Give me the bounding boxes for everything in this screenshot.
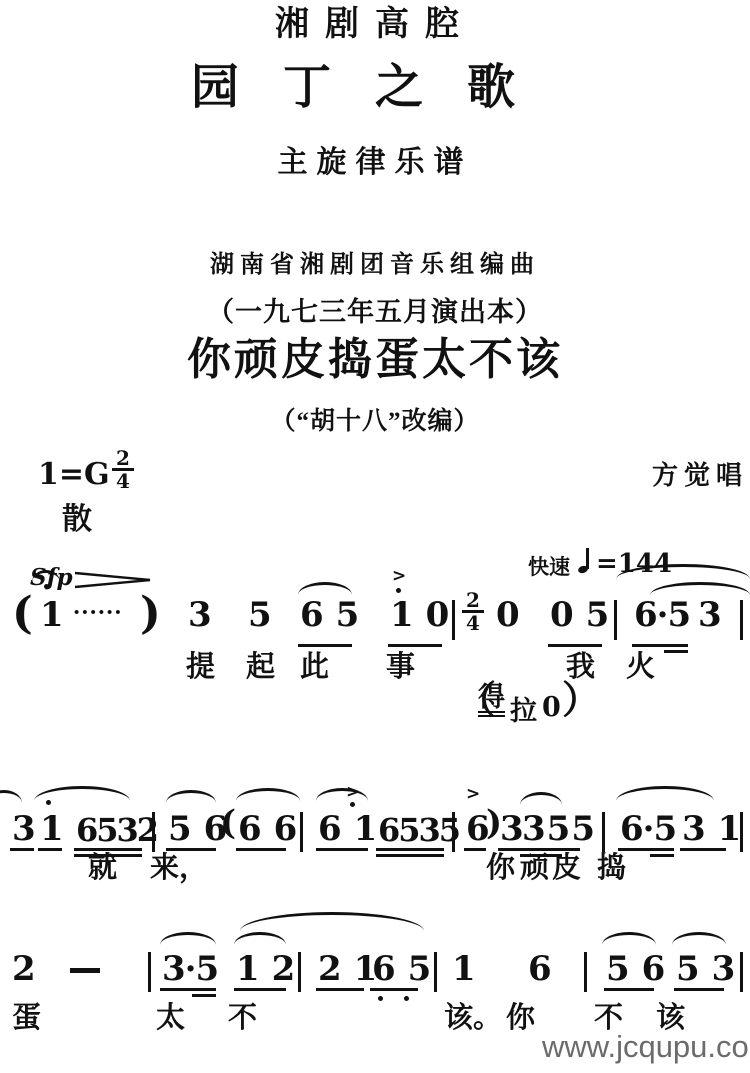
lyric: 事 [386, 653, 415, 682]
lyric: 太 [156, 1004, 185, 1033]
underline [674, 988, 724, 991]
note-head [577, 565, 589, 575]
open-paren: ( [220, 806, 236, 840]
low-octave-dot [378, 996, 383, 1001]
note: 2 [12, 952, 36, 986]
inline-meter: 2 4 [462, 590, 484, 633]
barline [614, 600, 617, 640]
note-group: 05 [550, 598, 621, 632]
barline [148, 952, 151, 992]
lyric: 不 [228, 1004, 257, 1033]
phrase-slur [650, 582, 750, 595]
key-signature: 1=G [38, 460, 110, 490]
main-title: 园丁之歌 [0, 64, 750, 112]
double-underline [650, 854, 674, 857]
free-tempo-mark: 散 [62, 505, 92, 535]
lyric: 皮 [552, 854, 581, 883]
note: 3 [698, 598, 722, 632]
lyric: 就 [88, 854, 117, 883]
aside-close-paren: ） [562, 682, 600, 720]
aside-syllable: 拉 [510, 698, 537, 725]
octave-dot [396, 588, 401, 593]
slur [234, 932, 286, 945]
singer-credit: 方觉唱 [652, 463, 748, 489]
aside-rest: 0 [542, 694, 561, 721]
slur [298, 582, 352, 595]
lyric: 来， [150, 854, 208, 883]
edition-note: （一九七三年五月演出本） [0, 299, 750, 326]
octave-dot [350, 802, 355, 807]
underline [618, 848, 674, 851]
underline [604, 988, 654, 991]
meter-denominator: 4 [462, 613, 484, 633]
accent-mark: > [392, 568, 406, 585]
note: 3 [188, 598, 212, 632]
barline [584, 952, 587, 992]
slur [672, 932, 726, 945]
genre-title: 湘剧高腔 [0, 8, 750, 42]
note: 6 [528, 952, 552, 986]
lyric: 顽 [520, 854, 549, 883]
note-group: 53 [676, 952, 747, 986]
low-octave-dot [404, 996, 409, 1001]
underline [498, 848, 520, 851]
note-group: 56 [606, 952, 677, 986]
lyric: 你 [506, 1004, 535, 1033]
slur [236, 788, 300, 801]
note: 3 [12, 812, 36, 846]
lyric: 你 [486, 854, 515, 883]
double-underline [192, 994, 216, 997]
lyric: 此 [300, 653, 329, 682]
note-group: 3·5 [162, 952, 218, 986]
barline [298, 952, 301, 992]
underline [74, 848, 142, 851]
note-group: 65 [372, 952, 443, 986]
phrase-slur [240, 912, 424, 931]
slur [520, 792, 562, 805]
note: 1 [40, 598, 64, 632]
note-group: 12 [236, 952, 307, 986]
barline [452, 812, 455, 852]
duration-dash [70, 968, 100, 973]
note-group: 65 [300, 598, 371, 632]
underline [680, 848, 726, 851]
aside-syllable: 得 [478, 684, 505, 717]
note: 3 [500, 812, 524, 846]
underline [234, 988, 286, 991]
note-group: 355 [522, 812, 596, 846]
underline [10, 848, 34, 851]
barline [452, 600, 455, 640]
tempo-label: 快速 [528, 557, 570, 578]
sheet-music-page: 湘剧高腔 园丁之歌 主旋律乐谱 湖南省湘剧团音乐组编曲 （一九七三年五月演出本）… [0, 0, 750, 1073]
slur [160, 932, 216, 945]
barline [300, 812, 303, 852]
meter-numerator: 2 [112, 448, 134, 468]
slur [34, 786, 130, 801]
adaptation-note: （“胡十八”改编） [0, 409, 750, 434]
note: 1 [40, 812, 64, 846]
slur [616, 786, 714, 801]
note: 1 [452, 952, 476, 986]
underline [548, 644, 602, 647]
underline [38, 848, 62, 851]
tie-continuation [0, 790, 22, 803]
song-title: 你顽皮捣蛋太不该 [0, 338, 750, 382]
note-group: 6535 [378, 814, 459, 846]
slur [602, 932, 656, 945]
subtitle: 主旋律乐谱 [0, 148, 750, 178]
double-underline [664, 650, 688, 653]
lyric: 提 [186, 653, 215, 682]
lyric: 起 [246, 653, 275, 682]
note: 5 [248, 598, 272, 632]
watermark: www.jcqupu.com [542, 1031, 750, 1062]
underline [370, 988, 418, 991]
arranger-credit: 湖南省湘剧团音乐组编曲 [0, 253, 750, 277]
underline [520, 848, 580, 851]
lyric: 火 [626, 653, 655, 682]
close-paren: ) [140, 592, 161, 636]
quarter-note-icon [578, 548, 590, 574]
barline [434, 952, 437, 992]
note-group: 10 [390, 598, 461, 632]
slur [166, 790, 216, 803]
underline [166, 848, 216, 851]
note-group: 6532 [76, 814, 157, 846]
underline [236, 848, 286, 851]
underline [632, 644, 688, 647]
double-underline [376, 854, 444, 857]
barline [740, 812, 743, 852]
underline [316, 848, 368, 851]
note-group: 6·5 [620, 812, 676, 846]
barline [602, 812, 605, 852]
lyric: 蛋 [12, 1004, 41, 1033]
lyric: 我 [566, 653, 595, 682]
underline [298, 644, 352, 647]
underline [464, 848, 486, 851]
underline [376, 848, 444, 851]
octave-dot [44, 584, 49, 589]
underline [160, 988, 216, 991]
lyric: 捣 [597, 854, 626, 883]
open-paren: ( [12, 592, 33, 636]
note-group: 6·5 [634, 598, 690, 632]
accent-mark: > [466, 786, 480, 803]
continuation-dots: •••••• [74, 606, 124, 621]
barline [740, 952, 743, 992]
underline [388, 644, 442, 647]
meter-fraction: 2 4 [112, 448, 134, 491]
barline [152, 812, 155, 852]
meter-denominator: 4 [112, 471, 134, 491]
meter-numerator: 2 [462, 590, 484, 610]
note: 0 [496, 598, 520, 632]
barline [740, 600, 743, 640]
lyric: 该。 [444, 1004, 502, 1033]
note-group: 66 [238, 812, 309, 846]
underline [316, 988, 364, 991]
